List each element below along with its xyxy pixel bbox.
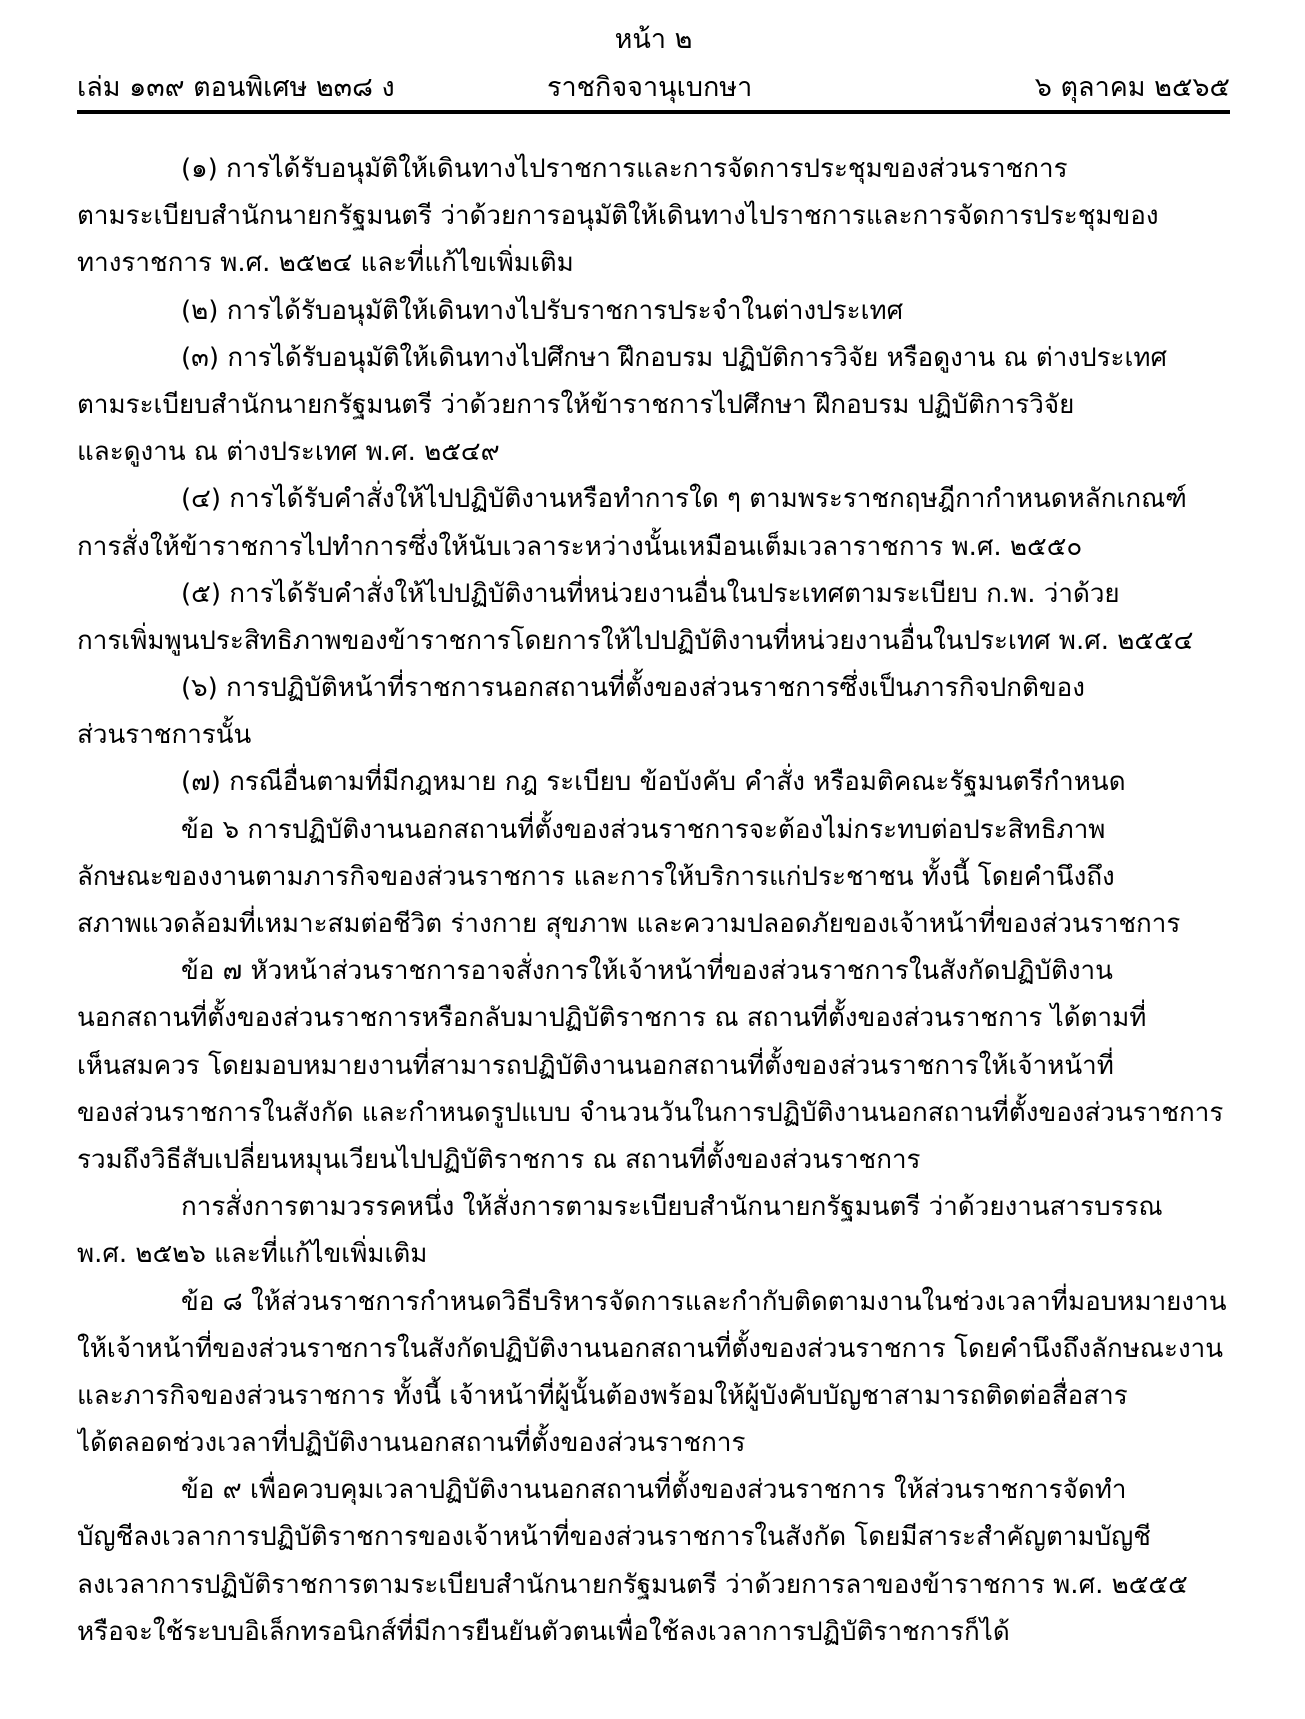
- text-line: ข้อ ๗ หัวหน้าส่วนราชการอาจสั่งการให้เจ้า…: [77, 948, 1230, 995]
- text-line: ทางราชการ พ.ศ. ๒๕๒๔ และที่แก้ไขเพิ่มเติม: [77, 240, 1230, 287]
- text-line: เห็นสมควร โดยมอบหมายงานที่สามารถปฏิบัติง…: [77, 1043, 1230, 1090]
- text-line: หรือจะใช้ระบบอิเล็กทรอนิกส์ที่มีการยืนยั…: [77, 1609, 1230, 1656]
- text-line: (๗) กรณีอื่นตามที่มีกฎหมาย กฎ ระเบียบ ข้…: [77, 759, 1230, 806]
- text-line: (๖) การปฏิบัติหน้าที่ราชการนอกสถานที่ตั้…: [77, 665, 1230, 712]
- text-line: และดูงาน ณ ต่างประเทศ พ.ศ. ๒๕๔๙: [77, 429, 1230, 476]
- body-text: (๑) การได้รับอนุมัติให้เดินทางไปราชการแล…: [77, 146, 1230, 1656]
- text-line: (๔) การได้รับคำสั่งให้ไปปฏิบัติงานหรือทำ…: [77, 476, 1230, 523]
- volume-issue: เล่ม ๑๓๙ ตอนพิเศษ ๒๓๘ ง: [77, 68, 395, 108]
- text-line: (๑) การได้รับอนุมัติให้เดินทางไปราชการแล…: [77, 146, 1230, 193]
- text-line: การสั่งให้ข้าราชการไปทำการซึ่งให้นับเวลา…: [77, 524, 1230, 571]
- text-line: สภาพแวดล้อมที่เหมาะสมต่อชีวิต ร่างกาย สุ…: [77, 901, 1230, 948]
- gazette-title: ราชกิจจานุเบกษา: [547, 68, 752, 108]
- text-line: บัญชีลงเวลาการปฏิบัติราชการของเจ้าหน้าที…: [77, 1514, 1230, 1561]
- publication-date: ๖ ตุลาคม ๒๕๖๕: [1035, 68, 1230, 108]
- text-line: ส่วนราชการนั้น: [77, 712, 1230, 759]
- text-line: ข้อ ๘ ให้ส่วนราชการกำหนดวิธีบริหารจัดการ…: [77, 1279, 1230, 1326]
- text-line: (๕) การได้รับคำสั่งให้ไปปฏิบัติงานที่หน่…: [77, 571, 1230, 618]
- text-line: การเพิ่มพูนประสิทธิภาพของข้าราชการโดยการ…: [77, 618, 1230, 665]
- text-line: รวมถึงวิธีสับเปลี่ยนหมุนเวียนไปปฏิบัติรา…: [77, 1137, 1230, 1184]
- text-line: ลักษณะของงานตามภารกิจของส่วนราชการ และกา…: [77, 854, 1230, 901]
- text-line: (๒) การได้รับอนุมัติให้เดินทางไปรับราชกา…: [77, 288, 1230, 335]
- running-header: เล่ม ๑๓๙ ตอนพิเศษ ๒๓๘ ง ราชกิจจานุเบกษา …: [77, 68, 1230, 108]
- text-line: พ.ศ. ๒๕๒๖ และที่แก้ไขเพิ่มเติม: [77, 1231, 1230, 1278]
- text-line: การสั่งการตามวรรคหนึ่ง ให้สั่งการตามระเบ…: [77, 1184, 1230, 1231]
- text-line: ข้อ ๙ เพื่อควบคุมเวลาปฏิบัติงานนอกสถานที…: [77, 1467, 1230, 1514]
- text-line: ข้อ ๖ การปฏิบัติงานนอกสถานที่ตั้งของส่วน…: [77, 807, 1230, 854]
- text-line: ลงเวลาการปฏิบัติราชการตามระเบียบสำนักนาย…: [77, 1562, 1230, 1609]
- text-line: และภารกิจของส่วนราชการ ทั้งนี้ เจ้าหน้าท…: [77, 1373, 1230, 1420]
- text-line: ตามระเบียบสำนักนายกรัฐมนตรี ว่าด้วยการอน…: [77, 193, 1230, 240]
- text-line: ได้ตลอดช่วงเวลาที่ปฏิบัติงานนอกสถานที่ตั…: [77, 1420, 1230, 1467]
- text-line: (๓) การได้รับอนุมัติให้เดินทางไปศึกษา ฝึ…: [77, 335, 1230, 382]
- text-line: ให้เจ้าหน้าที่ของส่วนราชการในสังกัดปฏิบั…: [77, 1326, 1230, 1373]
- page-number: หน้า ๒: [77, 20, 1230, 60]
- text-line: ตามระเบียบสำนักนายกรัฐมนตรี ว่าด้วยการให…: [77, 382, 1230, 429]
- text-line: นอกสถานที่ตั้งของส่วนราชการหรือกลับมาปฏิ…: [77, 995, 1230, 1042]
- header-rule: [77, 110, 1230, 114]
- text-line: ของส่วนราชการในสังกัด และกำหนดรูปแบบ จำน…: [77, 1090, 1230, 1137]
